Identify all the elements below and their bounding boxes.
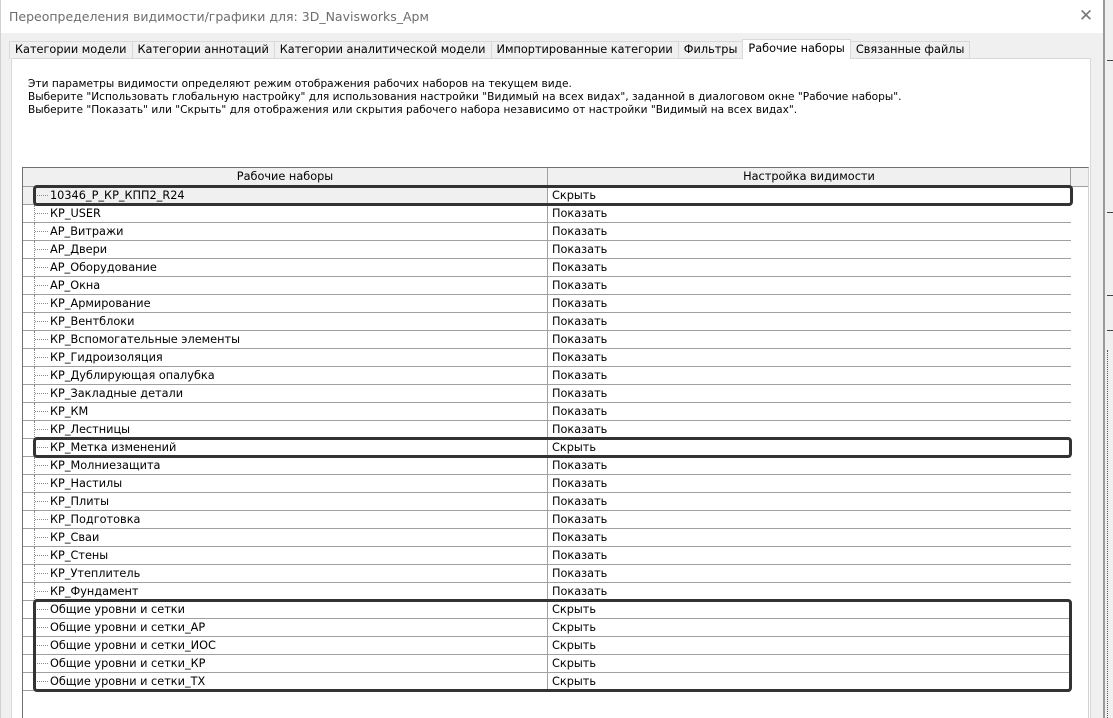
visibility-setting-cell[interactable]: Показать <box>548 205 1071 222</box>
column-header-worksets[interactable]: Рабочие наборы <box>23 168 548 186</box>
table-row[interactable]: КР_USERПоказать <box>23 205 1071 223</box>
visibility-setting-cell[interactable]: Показать <box>548 331 1071 348</box>
tree-line-icon <box>34 385 35 403</box>
table-row[interactable]: Общие уровни и сетки_КРСкрыть <box>23 655 1071 673</box>
tree-branch-icon <box>35 249 48 250</box>
column-header-visibility[interactable]: Настройка видимости <box>548 168 1071 186</box>
tree-branch-icon <box>35 627 48 628</box>
workset-name-cell[interactable]: КР_Метка изменений <box>23 439 548 456</box>
workset-name: КР_Метка изменений <box>50 441 176 454</box>
tree-line-icon <box>34 349 35 367</box>
visibility-setting-cell[interactable]: Показать <box>548 475 1071 492</box>
visibility-setting-cell[interactable]: Скрыть <box>548 619 1071 636</box>
tab-5[interactable]: Рабочие наборы <box>742 39 850 59</box>
tree-line-icon <box>34 241 35 259</box>
table-header: Рабочие наборы Настройка видимости <box>23 168 1088 187</box>
table-row[interactable]: АР_ОкнаПоказать <box>23 277 1071 295</box>
tab-1[interactable]: Категории аннотаций <box>132 41 275 59</box>
workset-name-cell[interactable]: КР_Стены <box>23 547 548 564</box>
visibility-setting-cell[interactable]: Показать <box>548 421 1071 438</box>
workset-name-cell[interactable]: КР_Армирование <box>23 295 548 312</box>
workset-name-cell[interactable]: КР_КМ <box>23 403 548 420</box>
workset-name-cell[interactable]: АР_Витражи <box>23 223 548 240</box>
table-row[interactable]: КР_СваиПоказать <box>23 529 1071 547</box>
workset-name-cell[interactable]: Общие уровни и сетки_ТХ <box>23 673 548 690</box>
visibility-setting-cell[interactable]: Скрыть <box>548 601 1071 618</box>
tree-line-icon <box>34 439 35 457</box>
tree-branch-icon <box>35 267 48 268</box>
table-row[interactable]: КР_ФундаментПоказать <box>23 583 1071 601</box>
workset-name: АР_Оборудование <box>50 261 157 274</box>
tree-branch-icon <box>35 483 48 484</box>
tree-branch-icon <box>35 681 48 682</box>
tree-branch-icon <box>35 393 48 394</box>
table-row[interactable]: КР_Метка измененийСкрыть <box>23 439 1071 457</box>
tree-branch-icon <box>35 429 48 430</box>
visibility-setting-cell[interactable]: Показать <box>548 223 1071 240</box>
visibility-setting-cell[interactable]: Скрыть <box>548 655 1071 672</box>
visibility-setting-cell[interactable]: Показать <box>548 457 1071 474</box>
visibility-setting-cell[interactable]: Скрыть <box>548 637 1071 654</box>
workset-name-cell[interactable]: КР_Молниезащита <box>23 457 548 474</box>
workset-name: КР_Армирование <box>50 297 151 310</box>
workset-name-cell[interactable]: КР_Гидроизоляция <box>23 349 548 366</box>
workset-name: АР_Витражи <box>50 225 123 238</box>
tab-3[interactable]: Импортированные категории <box>491 41 679 59</box>
workset-name: КР_Дублирующая опалубка <box>50 369 215 382</box>
visibility-setting-cell[interactable]: Показать <box>548 493 1071 510</box>
tree-branch-icon <box>35 231 48 232</box>
workset-name: КР_Гидроизоляция <box>50 351 163 364</box>
tree-branch-icon <box>35 591 48 592</box>
workset-name: Общие уровни и сетки_КР <box>50 657 205 670</box>
visibility-setting-cell[interactable]: Показать <box>548 547 1071 564</box>
visibility-setting-cell[interactable]: Показать <box>548 259 1071 276</box>
tree-branch-icon <box>35 519 48 520</box>
visibility-setting-cell[interactable]: Показать <box>548 565 1071 582</box>
table-row[interactable]: АР_ДвериПоказать <box>23 241 1071 259</box>
tree-branch-icon <box>35 447 48 448</box>
tree-line-icon <box>34 619 35 637</box>
tab-0[interactable]: Категории модели <box>9 41 133 59</box>
tab-panel-worksets: Эти параметры видимости определяют режим… <box>11 58 1091 718</box>
tree-line-icon <box>34 493 35 511</box>
table-row[interactable]: КР_ЛестницыПоказать <box>23 421 1071 439</box>
workset-name: КР_Плиты <box>50 495 109 508</box>
workset-name-cell[interactable]: КР_USER <box>23 205 548 222</box>
workset-name: КР_Стены <box>50 549 108 562</box>
visibility-setting-cell[interactable]: Показать <box>548 583 1071 600</box>
tab-4[interactable]: Фильтры <box>678 41 744 59</box>
tree-line-icon <box>34 547 35 565</box>
workset-name: АР_Окна <box>50 279 100 292</box>
table-row[interactable]: Общие уровни и сетки_ТХСкрыть <box>23 673 1071 691</box>
workset-name-cell[interactable]: КР_Вспомогательные элементы <box>23 331 548 348</box>
tree-branch-icon <box>35 321 48 322</box>
workset-name-cell[interactable]: КР_Настилы <box>23 475 548 492</box>
close-icon[interactable]: ✕ <box>1075 5 1097 27</box>
tree-branch-icon <box>35 357 48 358</box>
table-row[interactable]: АР_ВитражиПоказать <box>23 223 1071 241</box>
workset-name-cell[interactable]: Общие уровни и сетки_ИОС <box>23 637 548 654</box>
workset-name: КР_Сваи <box>50 531 99 544</box>
table-row[interactable]: КР_ВентблокиПоказать <box>23 313 1071 331</box>
table-row[interactable]: АР_ОборудованиеПоказать <box>23 259 1071 277</box>
visibility-setting-cell[interactable]: Показать <box>548 529 1071 546</box>
tree-branch-icon <box>35 465 48 466</box>
tree-line-icon <box>34 637 35 655</box>
workset-name: КР_Подготовка <box>50 513 140 526</box>
visibility-setting-cell[interactable]: Показать <box>548 241 1071 258</box>
workset-name-cell[interactable]: КР_Подготовка <box>23 511 548 528</box>
table-row[interactable]: КР_АрмированиеПоказать <box>23 295 1071 313</box>
table-row[interactable]: КР_Закладные деталиПоказать <box>23 385 1071 403</box>
table-row[interactable]: КР_КМПоказать <box>23 403 1071 421</box>
tree-line-icon <box>34 205 35 223</box>
tree-branch-icon <box>35 303 48 304</box>
tree-branch-icon <box>35 339 48 340</box>
workset-name: Общие уровни и сетки_АР <box>50 621 205 634</box>
table-row[interactable]: Общие уровни и сетки_АРСкрыть <box>23 619 1071 637</box>
title-bar: Переопределения видимости/графики для: 3… <box>1 0 1103 33</box>
workset-name-cell[interactable]: КР_Закладные детали <box>23 385 548 402</box>
column-header-filler <box>1071 168 1088 186</box>
table-row[interactable]: КР_ПодготовкаПоказать <box>23 511 1071 529</box>
tree-branch-icon <box>35 285 48 286</box>
visibility-setting-cell[interactable]: Скрыть <box>548 187 1071 204</box>
tab-2[interactable]: Категории аналитической модели <box>274 41 492 59</box>
visibility-setting-cell[interactable]: Показать <box>548 511 1071 528</box>
worksets-table: Рабочие наборы Настройка видимости 10346… <box>22 167 1089 718</box>
workset-name: АР_Двери <box>50 243 107 256</box>
table-row[interactable]: КР_Вспомогательные элементыПоказать <box>23 331 1071 349</box>
tree-branch-icon <box>35 411 48 412</box>
tree-line-icon <box>34 529 35 547</box>
tab-6[interactable]: Связанные файлы <box>850 41 971 59</box>
info-line-2: Выберите "Использовать глобальную настро… <box>28 91 901 104</box>
tree-line-icon <box>34 565 35 583</box>
visibility-setting-cell[interactable]: Скрыть <box>548 673 1071 690</box>
workset-name: Общие уровни и сетки_ИОС <box>50 639 216 652</box>
tree-line-icon <box>34 277 35 295</box>
workset-name-cell[interactable]: КР_Фундамент <box>23 583 548 600</box>
workset-name: КР_Фундамент <box>50 585 138 598</box>
table-body: 10346_Р_КР_КПП2_R24СкрытьКР_USERПоказать… <box>23 187 1071 691</box>
tree-branch-icon <box>35 195 48 196</box>
info-line-3: Выберите "Показать" или "Скрыть" для ото… <box>28 104 901 117</box>
tree-branch-icon <box>35 501 48 502</box>
workset-name-cell[interactable]: 10346_Р_КР_КПП2_R24 <box>23 187 548 204</box>
visibility-setting-cell[interactable]: Скрыть <box>548 439 1071 456</box>
table-row[interactable]: Общие уровни и сетки_ИОССкрыть <box>23 637 1071 655</box>
info-text: Эти параметры видимости определяют режим… <box>28 78 901 117</box>
tree-line-icon <box>34 367 35 385</box>
tree-line-icon <box>34 511 35 529</box>
visibility-setting-cell[interactable]: Показать <box>548 313 1071 330</box>
visibility-graphics-dialog: Переопределения видимости/графики для: 3… <box>1 0 1104 718</box>
visibility-setting-cell[interactable]: Показать <box>548 367 1071 384</box>
tree-line-icon <box>34 457 35 475</box>
tree-branch-icon <box>35 537 48 538</box>
workset-name: КР_USER <box>50 207 101 220</box>
visibility-setting-cell[interactable]: Показать <box>548 349 1071 366</box>
workset-name: КР_Утеплитель <box>50 567 140 580</box>
workset-name: КР_Лестницы <box>50 423 130 436</box>
tree-line-icon <box>34 421 35 439</box>
visibility-setting-cell[interactable]: Показать <box>548 277 1071 294</box>
workset-name: КР_Вспомогательные элементы <box>50 333 240 346</box>
dialog-title: Переопределения видимости/графики для: 3… <box>9 9 429 24</box>
table-row[interactable]: КР_ПлитыПоказать <box>23 493 1071 511</box>
tree-branch-icon <box>35 645 48 646</box>
workset-name-cell[interactable]: Общие уровни и сетки_АР <box>23 619 548 636</box>
workset-name: КР_Молниезащита <box>50 459 160 472</box>
tree-line-icon <box>34 673 35 691</box>
tree-line-icon <box>34 195 35 205</box>
table-row[interactable]: КР_СтеныПоказать <box>23 547 1071 565</box>
table-row[interactable]: КР_УтеплительПоказать <box>23 565 1071 583</box>
workset-name-cell[interactable]: КР_Плиты <box>23 493 548 510</box>
workset-name: Общие уровни и сетки <box>50 603 185 616</box>
workset-name-cell[interactable]: КР_Лестницы <box>23 421 548 438</box>
tree-line-icon <box>34 601 35 619</box>
visibility-setting-cell[interactable]: Показать <box>548 295 1071 312</box>
tree-branch-icon <box>35 213 48 214</box>
workset-name-cell[interactable]: КР_Сваи <box>23 529 548 546</box>
workset-name: 10346_Р_КР_КПП2_R24 <box>50 189 185 202</box>
tree-branch-icon <box>35 573 48 574</box>
tab-strip: Категории моделиКатегории аннотацийКатег… <box>9 41 969 59</box>
workset-name-cell[interactable]: АР_Окна <box>23 277 548 294</box>
tree-line-icon <box>34 655 35 673</box>
workset-name: КР_Закладные детали <box>50 387 183 400</box>
workset-name: КР_КМ <box>50 405 88 418</box>
tree-line-icon <box>34 583 35 601</box>
workset-name-cell[interactable]: Общие уровни и сетки_КР <box>23 655 548 672</box>
visibility-setting-cell[interactable]: Показать <box>548 385 1071 402</box>
table-row[interactable]: КР_МолниезащитаПоказать <box>23 457 1071 475</box>
tree-line-icon <box>34 313 35 331</box>
background-window-edge <box>1104 0 1113 718</box>
table-row[interactable]: Общие уровни и сеткиСкрыть <box>23 601 1071 619</box>
tree-line-icon <box>34 475 35 493</box>
tree-branch-icon <box>35 555 48 556</box>
tree-line-icon <box>34 295 35 313</box>
workset-name: Общие уровни и сетки_ТХ <box>50 675 205 688</box>
tree-branch-icon <box>35 663 48 664</box>
tree-branch-icon <box>35 375 48 376</box>
tree-line-icon <box>34 331 35 349</box>
tree-line-icon <box>34 223 35 241</box>
table-row[interactable]: КР_НастилыПоказать <box>23 475 1071 493</box>
workset-name: КР_Вентблоки <box>50 315 134 328</box>
workset-name-cell[interactable]: АР_Оборудование <box>23 259 548 276</box>
table-row[interactable]: КР_ГидроизоляцияПоказать <box>23 349 1071 367</box>
tree-line-icon <box>34 403 35 421</box>
workset-name-cell[interactable]: АР_Двери <box>23 241 548 258</box>
workset-name-cell[interactable]: КР_Дублирующая опалубка <box>23 367 548 384</box>
table-row[interactable]: КР_Дублирующая опалубкаПоказать <box>23 367 1071 385</box>
info-line-1: Эти параметры видимости определяют режим… <box>28 78 901 91</box>
workset-name-cell[interactable]: КР_Утеплитель <box>23 565 548 582</box>
tree-branch-icon <box>35 609 48 610</box>
workset-name-cell[interactable]: Общие уровни и сетки <box>23 601 548 618</box>
tree-line-icon <box>34 259 35 277</box>
visibility-setting-cell[interactable]: Показать <box>548 403 1071 420</box>
workset-name-cell[interactable]: КР_Вентблоки <box>23 313 548 330</box>
table-row[interactable]: 10346_Р_КР_КПП2_R24Скрыть <box>23 187 1071 205</box>
workset-name: КР_Настилы <box>50 477 122 490</box>
